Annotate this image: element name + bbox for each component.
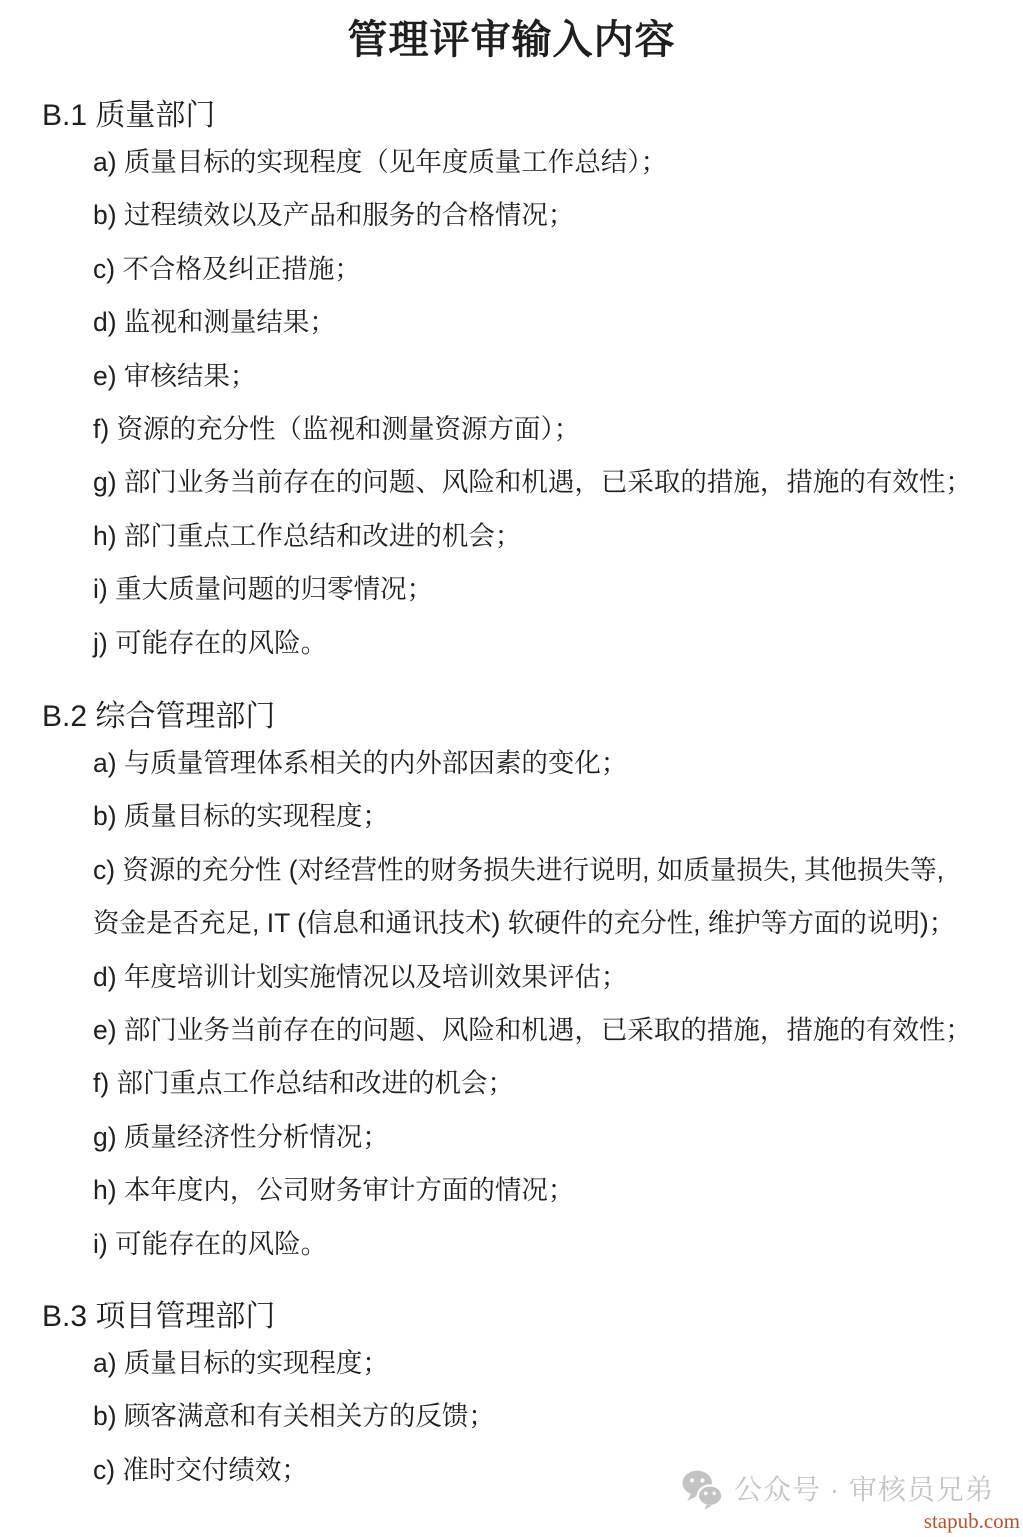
list-item: c) 资源的充分性 (对经营性的财务损失进行说明, 如质量损失, 其他损失等, … [93, 844, 1023, 951]
list-item: a) 与质量管理体系相关的内外部因素的变化； [93, 737, 1023, 790]
section-b3-heading: B.3 项目管理部门 [42, 1297, 1023, 1337]
list-item: e) 部门业务当前存在的问题、风险和机遇，已采取的措施，措施的有效性； [93, 1004, 1023, 1057]
list-item: h) 本年度内，公司财务审计方面的情况； [93, 1164, 1023, 1217]
list-item: d) 监视和测量结果； [93, 296, 1023, 349]
list-item: b) 过程绩效以及产品和服务的合格情况； [93, 189, 1023, 242]
section-b2: B.2 综合管理部门 a) 与质量管理体系相关的内外部因素的变化； b) 质量目… [42, 697, 1023, 1271]
list-item: a) 质量目标的实现程度（见年度质量工作总结）； [93, 136, 1023, 189]
page-title: 管理评审输入内容 [0, 17, 1023, 63]
list-item: i) 重大质量问题的归零情况； [93, 563, 1023, 616]
list-item: i) 可能存在的风险。 [93, 1218, 1023, 1271]
list-item: j) 可能存在的风险。 [93, 617, 1023, 670]
list-item: f) 资源的充分性（监视和测量资源方面）； [93, 403, 1023, 456]
list-item: h) 部门重点工作总结和改进的机会； [93, 510, 1023, 563]
list-item: b) 顾客满意和有关相关方的反馈； [93, 1390, 1023, 1443]
list-item: g) 部门业务当前存在的问题、风险和机遇，已采取的措施，措施的有效性； [93, 456, 1023, 509]
section-b1-heading: B.1 质量部门 [42, 96, 1023, 136]
list-item: g) 质量经济性分析情况； [93, 1111, 1023, 1164]
list-item: f) 部门重点工作总结和改进的机会； [93, 1057, 1023, 1110]
wechat-icon [682, 1470, 722, 1510]
list-item: d) 年度培训计划实施情况以及培训效果评估； [93, 951, 1023, 1004]
list-item: b) 质量目标的实现程度； [93, 790, 1023, 843]
list-item: a) 质量目标的实现程度； [93, 1337, 1023, 1390]
section-b3: B.3 项目管理部门 a) 质量目标的实现程度； b) 顾客满意和有关相关方的反… [42, 1297, 1023, 1497]
section-b2-heading: B.2 综合管理部门 [42, 697, 1023, 737]
list-item: e) 审核结果； [93, 350, 1023, 403]
watermark: 公众号 · 审核员兄弟 [682, 1470, 994, 1510]
watermark-site: stapub.com [924, 1508, 1020, 1534]
document-page: 管理评审输入内容 B.1 质量部门 a) 质量目标的实现程度（见年度质量工作总结… [0, 0, 1023, 1537]
watermark-label: 公众号 · 审核员兄弟 [734, 1470, 994, 1510]
section-b1: B.1 质量部门 a) 质量目标的实现程度（见年度质量工作总结）； b) 过程绩… [42, 96, 1023, 670]
list-item: c) 不合格及纠正措施； [93, 243, 1023, 296]
